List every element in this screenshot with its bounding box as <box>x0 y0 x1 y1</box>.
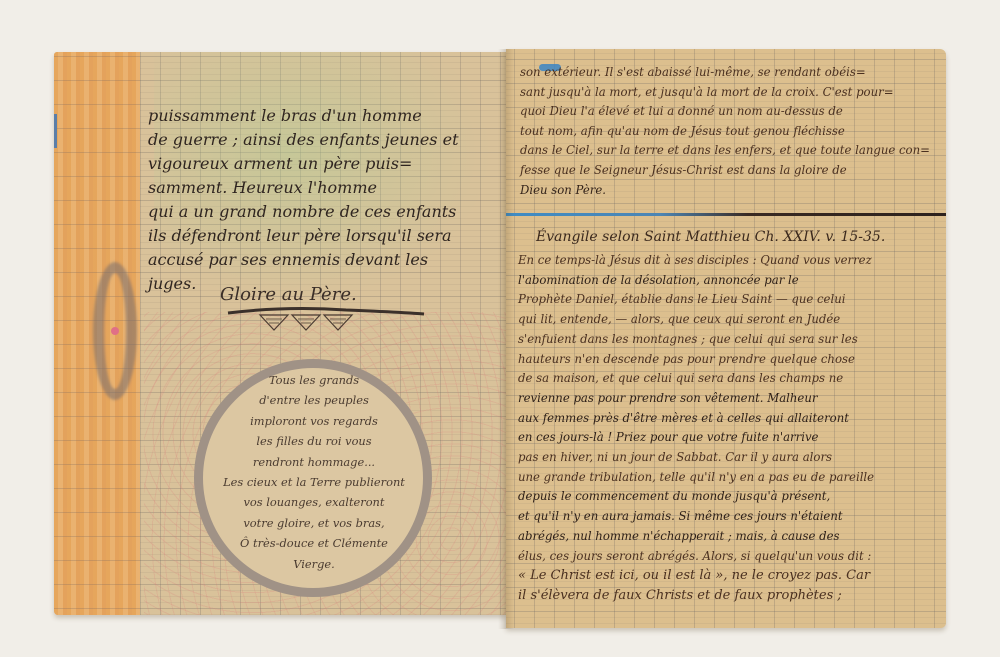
text-line: une grande tribulation, telle qu'il n'y … <box>518 468 874 488</box>
text-line: accusé par ses ennemis devant les <box>148 248 459 272</box>
text-line: pas en hiver, ni un jour de Sabbat. Car … <box>518 448 874 468</box>
text-line: ils défendront leur père lorsqu'il sera <box>148 224 459 248</box>
text-line: Prophète Daniel, établie dans le Lieu Sa… <box>518 290 874 310</box>
text-line: qui lit, entende, — alors, que ceux qui … <box>518 310 874 330</box>
poem-line: Les cieux et la Terre publieront <box>204 472 424 492</box>
text-line: en ces jours-là ! Priez pour que votre f… <box>518 428 874 448</box>
text-line: « Le Christ est ici, ou il est là », ne … <box>518 566 874 586</box>
text-line: élus, ces jours seront abrégés. Alors, s… <box>518 547 874 567</box>
circle-poem: Tous les grands d'entre les peuples impl… <box>204 370 424 574</box>
notebook-spine <box>498 49 514 629</box>
text-line: de guerre ; ainsi des enfants jeunes et <box>148 128 459 152</box>
poem-line: les filles du roi vous <box>204 431 424 451</box>
poem-line: Ô très-douce et Clémente <box>204 533 424 553</box>
gospel-text: En ce temps-là Jésus dit à ses disciples… <box>518 251 874 606</box>
text-line: l'abomination de la désolation, annoncée… <box>518 271 874 291</box>
notebook-spread: puissamment le bras d'un homme de guerre… <box>0 0 1000 657</box>
text-line: de sa maison, et que celui qui sera dans… <box>518 369 874 389</box>
text-line: puissamment le bras d'un homme <box>148 104 459 128</box>
poem-line: Tous les grands <box>204 370 424 390</box>
text-line: aux femmes près d'être mères et à celles… <box>518 409 874 429</box>
poem-line: d'entre les peuples <box>204 390 424 410</box>
text-line: il s'élèvera de faux Christs et de faux … <box>518 586 874 606</box>
closing-doxology: Gloire au Père. <box>220 284 357 305</box>
text-line: tout nom, afin qu'au nom de Jésus tout g… <box>520 122 930 142</box>
epistle-text: son extérieur. Il s'est abaissé lui-même… <box>520 63 930 200</box>
triangle-ornament-icon <box>226 306 426 336</box>
text-line: samment. Heureux l'homme <box>148 176 459 200</box>
text-line: Dieu son Père. <box>520 181 930 201</box>
text-line: En ce temps-là Jésus dit à ses disciples… <box>518 251 874 271</box>
poem-line: vos louanges, exalteront <box>204 492 424 512</box>
text-line: et qu'il n'y en aura jamais. Si même ces… <box>518 507 874 527</box>
text-line: quoi Dieu l'a élevé et lui a donné un no… <box>520 102 930 122</box>
text-line: hauteurs n'en descende pas pour prendre … <box>518 350 874 370</box>
text-line: sant jusqu'à la mort, et jusqu'à la mort… <box>520 83 930 103</box>
text-line: vigoureux arment un père puis= <box>148 152 459 176</box>
text-line: dans le Ciel, sur la terre et dans les e… <box>520 141 930 161</box>
text-line: qui a un grand nombre de ces enfants <box>148 200 459 224</box>
text-line: s'enfuient dans les montagnes ; que celu… <box>518 330 874 350</box>
text-line: depuis le commencement du monde jusqu'à … <box>518 487 874 507</box>
text-line: revienne pas pour prendre son vêtement. … <box>518 389 874 409</box>
poem-line: Vierge. <box>204 554 424 574</box>
blue-ink-mark <box>54 114 57 148</box>
left-page: puissamment le bras d'un homme de guerre… <box>54 52 506 615</box>
text-line: son extérieur. Il s'est abaissé lui-même… <box>520 63 930 83</box>
left-page-text: puissamment le bras d'un homme de guerre… <box>148 104 459 296</box>
poem-line: imploront vos regards <box>204 411 424 431</box>
section-divider-line <box>506 213 946 216</box>
pink-dot <box>111 327 119 335</box>
poem-line: rendront hommage... <box>204 452 424 472</box>
right-page: son extérieur. Il s'est abaissé lui-même… <box>506 49 946 628</box>
text-line: fesse que le Seigneur Jésus-Christ est d… <box>520 161 930 181</box>
poem-line: votre gloire, et vos bras, <box>204 513 424 533</box>
gospel-heading: Évangile selon Saint Matthieu Ch. XXIV. … <box>536 229 885 245</box>
text-line: abrégés, nul homme n'échapperait ; mais,… <box>518 527 874 547</box>
